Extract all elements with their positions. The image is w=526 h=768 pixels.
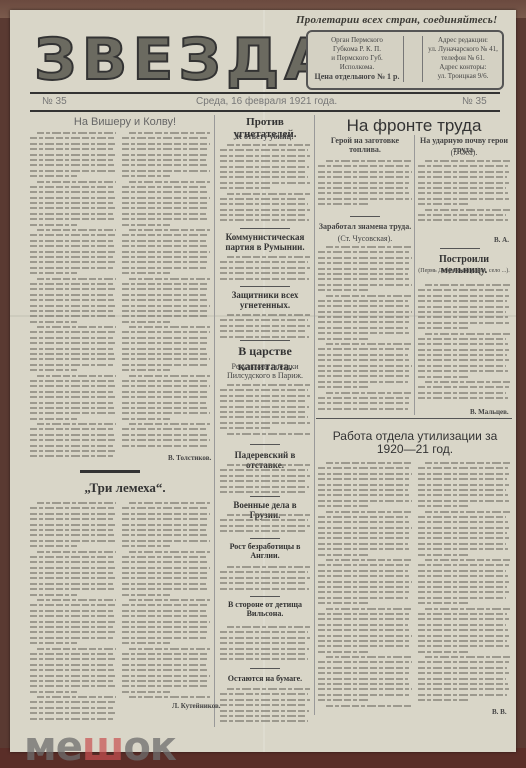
ornament-icon	[403, 36, 423, 82]
newspaper-title: ЗВЕЗДА	[34, 32, 336, 89]
publisher-line: и Пермского Губ.	[312, 54, 402, 63]
column-divider	[414, 135, 415, 415]
article-title: Работа отдела утилизации за 1920—21 год.	[322, 430, 508, 456]
article-text	[220, 144, 310, 224]
publisher-line: Орган Пермского	[312, 36, 402, 45]
publisher-info-box: Орган Пермского Губкома Р. К. П. и Пермс…	[306, 30, 504, 90]
article-text	[220, 314, 310, 338]
article-text	[220, 688, 310, 728]
article-title: Остаются на бумаге.	[218, 674, 312, 683]
address-block: Адрес редакции: ул. Луначарского № 41, т…	[424, 36, 502, 81]
article-text	[220, 464, 310, 494]
issue-number-right: № 35	[462, 96, 487, 107]
article-title: „Три лемеха“.	[40, 480, 210, 496]
address-line: ул. Троицкая 9/6.	[424, 72, 502, 81]
article-text	[220, 256, 310, 284]
article-text	[318, 160, 412, 210]
article-signature: В. А.	[494, 236, 509, 244]
column-divider	[214, 115, 215, 727]
article-title: Коммунистическая партия в Румынии.	[218, 232, 312, 252]
separator	[440, 248, 480, 249]
article-subtitle: (Ст. Чусовская).	[316, 234, 414, 243]
article-text	[122, 132, 210, 454]
separator	[316, 418, 512, 419]
article-text	[418, 284, 510, 408]
slogan: Пролетарии всех стран, соединяйтесь!	[296, 14, 497, 26]
article-text	[122, 502, 210, 702]
price: Цена отдельного № 1 р.	[312, 72, 402, 81]
article-text	[220, 626, 310, 666]
separator	[350, 216, 380, 217]
article-text	[220, 566, 310, 594]
watermark-logo: мешок	[24, 724, 176, 768]
section-title: На фронте труда	[318, 116, 510, 136]
article-subtitle: К ответу убийц!	[218, 132, 312, 141]
address-line: Адрес редакции:	[424, 36, 502, 45]
separator	[240, 228, 290, 229]
separator	[240, 340, 290, 341]
article-title: На Вишеру и Колву!	[40, 116, 210, 128]
article-signature: В. В.	[492, 708, 507, 716]
header-rule-bottom	[30, 110, 500, 112]
article-title: Рост безработицы в Англии.	[218, 542, 312, 560]
address-line: ул. Луначарского № 41,	[424, 45, 502, 54]
column-divider	[314, 115, 315, 715]
article-text	[318, 462, 412, 714]
header-rule-top	[30, 92, 500, 94]
article-text	[220, 384, 310, 438]
separator	[250, 444, 280, 445]
publisher-block: Орган Пермского Губкома Р. К. П. и Пермс…	[312, 36, 402, 81]
article-text	[318, 246, 412, 416]
article-title: Защитники всех угнетенных.	[218, 290, 312, 310]
article-signature: В. Толстиков.	[168, 454, 211, 462]
issue-date: Среда, 16 февраля 1921 года.	[196, 96, 337, 107]
address-line: телефон № 61.	[424, 54, 502, 63]
separator	[250, 538, 280, 539]
separator	[250, 596, 280, 597]
watermark-text: ок	[123, 724, 176, 768]
publisher-line: Исполкома.	[312, 63, 402, 72]
watermark-bag-icon: ш	[82, 724, 123, 768]
article-signature: В. Мальцев.	[470, 408, 509, 416]
article-text	[220, 514, 310, 538]
article-signature: Л. Кутейников.	[172, 702, 221, 710]
article-title: Герой на заготовке топлива.	[316, 136, 414, 154]
article-subtitle: (г. Оса).	[416, 148, 512, 157]
article-text	[418, 462, 510, 710]
separator	[250, 668, 280, 669]
article-text	[30, 132, 116, 466]
article-title: В стороне от детища Вильсона.	[218, 600, 312, 618]
issue-number-left: № 35	[42, 96, 67, 107]
separator	[80, 470, 140, 473]
article-text	[418, 160, 510, 230]
article-title: Результаты поездки Пилсудского в Париж.	[218, 362, 312, 380]
article-title: Заработал знамена труда.	[316, 222, 414, 231]
article-text	[30, 502, 116, 728]
address-line: Адрес конторы:	[424, 63, 502, 72]
separator	[250, 496, 280, 497]
article-subtitle: (Пермь Добрянский район, село ...).	[416, 268, 512, 274]
separator	[240, 286, 290, 287]
publisher-line: Губкома Р. К. П.	[312, 45, 402, 54]
watermark-text: ме	[24, 724, 82, 768]
